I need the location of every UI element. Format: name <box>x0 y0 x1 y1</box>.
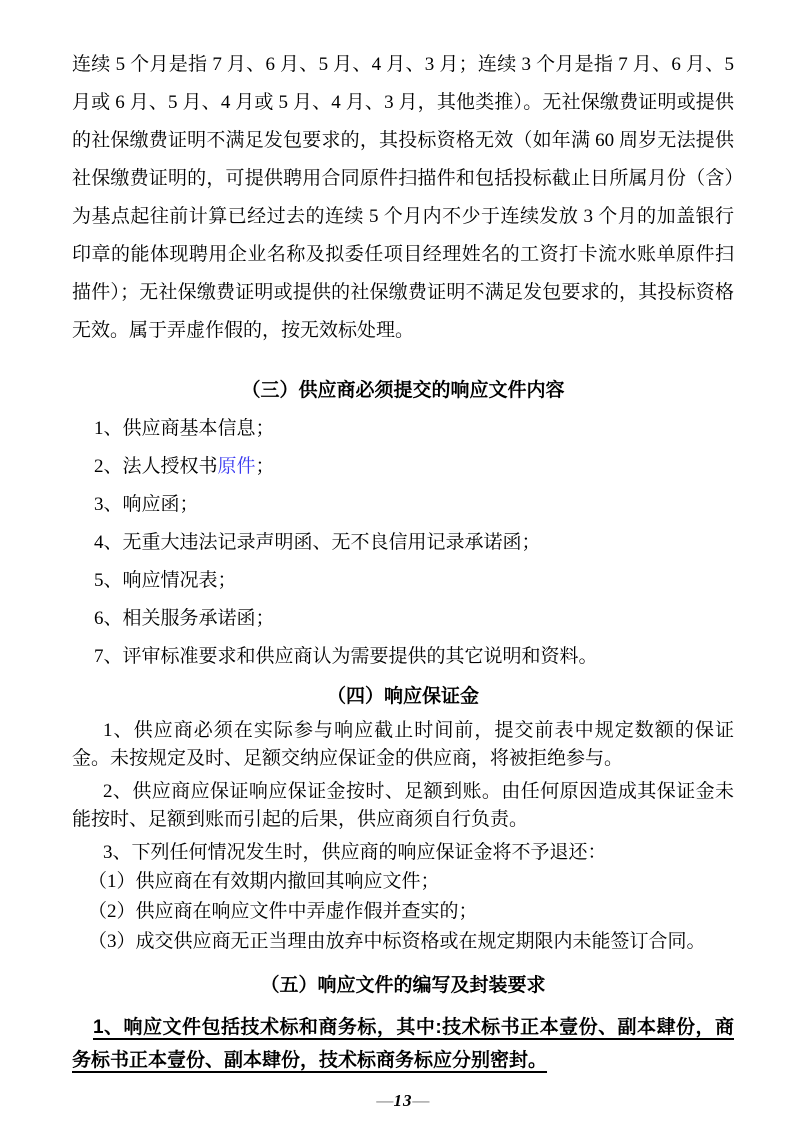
list-item-3: 3、响应函； <box>72 486 734 524</box>
list-item-5: 5、响应情况表； <box>72 562 734 600</box>
section-four-heading: （四）响应保证金 <box>72 678 734 716</box>
deposit-subitem-3: （3）成交供应商无正当理由放弃中标资格或在规定期限内未能签订合同。 <box>72 927 734 957</box>
continuation-paragraph: 连续 5 个月是指 7 月、6 月、5 月、4 月、3 月；连续 3 个月是指 … <box>72 46 734 350</box>
deposit-paragraph-1: 1、供应商必须在实际参与响应截止时间前，提交前表中规定数额的保证金。未按规定及时… <box>72 717 734 773</box>
section-five-heading: （五）响应文件的编写及封装要求 <box>72 967 734 1005</box>
list-item-7: 7、评审标准要求和供应商认为需要提供的其它说明和资料。 <box>72 638 734 676</box>
page-number-value: 13 <box>394 1091 413 1110</box>
page-number: —13— <box>72 1089 734 1113</box>
deposit-paragraph-2: 2、供应商应保证响应保证金按时、足额到账。由任何原因造成其保证金未能按时、足额到… <box>72 778 734 834</box>
page-number-dash-left: — <box>377 1091 394 1110</box>
original-copy-link[interactable]: 原件 <box>218 456 256 477</box>
list-item-2: 2、法人授权书原件； <box>72 448 734 486</box>
document-page: 连续 5 个月是指 7 月、6 月、5 月、4 月、3 月；连续 3 个月是指 … <box>0 0 794 1122</box>
section-three-heading: （三）供应商必须提交的响应文件内容 <box>72 372 734 410</box>
submission-document-list: 1、供应商基本信息； 2、法人授权书原件； 3、响应函； 4、无重大违法记录声明… <box>72 410 734 676</box>
deposit-paragraph-3: 3、下列任何情况发生时，供应商的响应保证金将不予退还： <box>72 839 734 867</box>
list-item-4: 4、无重大违法记录声明函、无不良信用记录承诺函； <box>72 524 734 562</box>
page-number-dash-right: — <box>413 1091 430 1110</box>
packaging-requirement-paragraph: 1、响应文件包括技术标和商务标，其中:技术标书正本壹份、副本肆份，商务标书正本壹… <box>72 1011 734 1077</box>
deposit-subitem-2: （2）供应商在响应文件中弄虚作假并查实的； <box>72 897 734 927</box>
list-item-2-post: ； <box>256 456 275 477</box>
list-item-1: 1、供应商基本信息； <box>72 410 734 448</box>
deposit-subitem-1: （1）供应商在有效期内撤回其响应文件； <box>72 867 734 897</box>
list-item-6: 6、相关服务承诺函； <box>72 600 734 638</box>
list-item-2-pre: 2、法人授权书 <box>94 456 218 477</box>
